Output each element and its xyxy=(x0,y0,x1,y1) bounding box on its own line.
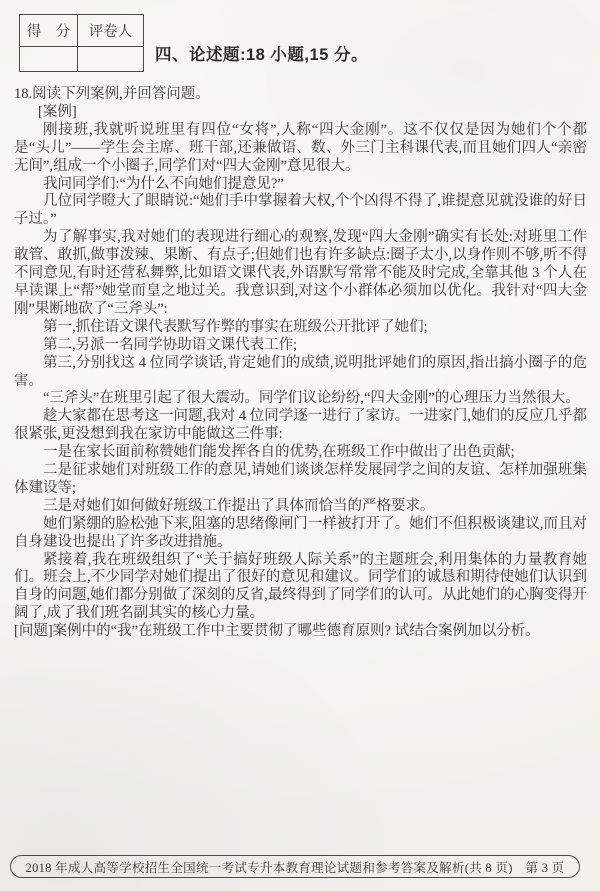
footer-text: 2018 年成人高等学校招生全国统一考试专升本教育理论试题和参考答案及解析(共 … xyxy=(26,858,565,876)
case-paragraph: 紧接着,我在班级组织了“关于搞好班级人际关系”的主题班会,利用集体的力量教育她们… xyxy=(14,552,587,624)
case-paragraph: 刚接班,我就听说班里有四位“女将”,人称“四大金刚”。这不仅仅是因为她们个个都是… xyxy=(14,122,587,176)
case-paragraph: 第一,抓住语文课代表默写作弊的事实在班级公开批评了她们; xyxy=(14,319,587,337)
case-paragraph: 几位同学瞪大了眼睛说:“她们手中掌握着大权,个个凶得不得了,谁提意见就没谁的好日… xyxy=(14,193,587,229)
section-heading: 四、论述题:18 小题,15 分。 xyxy=(155,41,368,65)
case-paragraph: 第二,另派一名同学协助语文课代表工作; xyxy=(14,337,587,355)
score-value-cell xyxy=(20,47,78,72)
grader-label-cell: 评卷人 xyxy=(78,15,144,47)
score-table: 得 分 评卷人 xyxy=(19,14,144,72)
question-intro: 18.阅读下列案例,并回答问题。 xyxy=(14,86,587,104)
exam-page: 得 分 评卷人 四、论述题:18 小题,15 分。 18.阅读下列案例,并回答问… xyxy=(0,0,600,891)
case-paragraph: 一是在家长面前称赞她们能发挥各自的优势,在班级工作中做出了出色贡献; xyxy=(14,444,587,462)
grader-value-cell xyxy=(78,47,144,72)
case-paragraph: 我问同学们:“为什么不向她们提意见?” xyxy=(14,176,587,194)
case-label: [案例] xyxy=(14,104,587,122)
case-paragraph: 二是征求她们对班级工作的意见,请她们谈谈怎样发展同学之间的友谊、怎样加强班集体建… xyxy=(14,462,587,498)
score-label-cell: 得 分 xyxy=(20,15,78,47)
case-paragraph: 第三,分别找这 4 位同学谈话,肯定她们的成绩,说明批评她们的原因,指出搞小圈子… xyxy=(14,355,587,391)
page-footer: 2018 年成人高等学校招生全国统一考试专升本教育理论试题和参考答案及解析(共 … xyxy=(10,855,580,878)
question-section: 18.阅读下列案例,并回答问题。 [案例] 刚接班,我就听说班里有四位“女将”,… xyxy=(14,86,587,641)
case-paragraph: 为了解事实,我对她们的表现进行细心的观察,发现“四大金刚”确实有长处:对班里工作… xyxy=(14,229,587,319)
case-paragraph: “三斧头”在班里引起了很大震动。同学们议论纷纷,“四大金刚”的心理压力当然很大。 xyxy=(14,390,587,408)
case-paragraph: 趁大家都在思考这一问题,我对 4 位同学逐一进行了家访。一进家门,她们的反应几乎… xyxy=(14,408,587,444)
case-paragraph: 她们紧绷的脸松弛下来,阻塞的思绪像闸门一样被打开了。她们不但积极谈建议,而且对自… xyxy=(14,516,587,552)
question-prompt: [问题]案例中的“我”在班级工作中主要贯彻了哪些德育原则? 试结合案例加以分析。 xyxy=(14,623,587,641)
case-paragraph: 三是对她们如何做好班级工作提出了具体而恰当的严格要求。 xyxy=(14,498,587,516)
